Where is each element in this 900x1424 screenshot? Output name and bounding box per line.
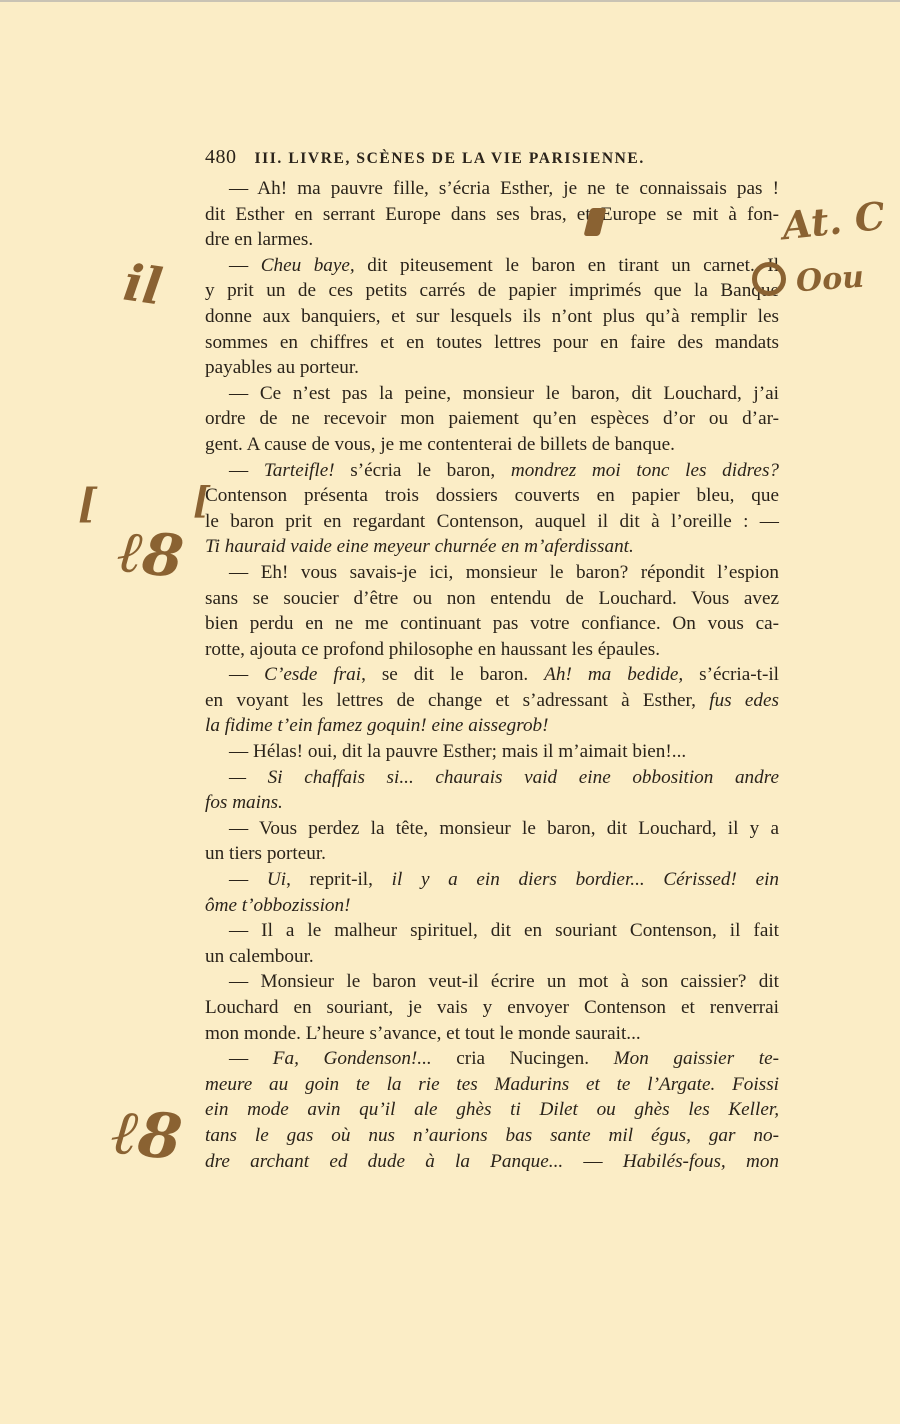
annotation-right-second: Oou (795, 260, 865, 300)
text-line: — Fa, Gondenson!... cria Nucingen. Mon g… (205, 1046, 779, 1072)
annotation-left-bracket-inner: [ (193, 480, 210, 522)
text-line: dre en larmes. (205, 227, 779, 253)
text-line: rotte, ajouta ce profond philosophe en h… (205, 637, 779, 663)
ink-circle-mark (752, 262, 786, 296)
text-line: le baron prit en regardant Contenson, au… (205, 509, 779, 535)
text-line: donne aux banquiers, et sur lesquels ils… (205, 304, 779, 330)
text-line: la fidime t’ein famez goquin! eine aisse… (205, 713, 779, 739)
page-text-block: 480 III. LIVRE, SCÈNES DE LA VIE PARISIE… (205, 146, 779, 1174)
text-line: Louchard en souriant, je vais y envoyer … (205, 995, 779, 1021)
text-line: — Cheu baye, dit piteusement le baron en… (205, 253, 779, 279)
italic-dialect-text: Fa, Gondenson!... (273, 1048, 432, 1069)
annotation-left-bracket-outer: [ (78, 480, 97, 527)
body-text: — Ah! ma pauvre fille, s’écria Esther, j… (205, 176, 779, 1174)
text-line: — Il a le malheur spirituel, dit en sour… (205, 918, 779, 944)
text-line: sans se soucier d’être ou non entendu de… (205, 586, 779, 612)
text-line: meure au goin te la rie tes Madurins et … (205, 1072, 779, 1098)
text-line: ordre de ne recevoir mon paiement qu’en … (205, 406, 779, 432)
text-line: y prit un de ces petits carrés de papier… (205, 278, 779, 304)
text-line: — C’esde frai, se dit le baron. Ah! ma b… (205, 662, 779, 688)
annotation-left-1: il (120, 253, 166, 317)
text-line: payables au porteur. (205, 355, 779, 381)
text-line: — Ah! ma pauvre fille, s’écria Esther, j… (205, 176, 779, 202)
text-line: — Tarteifle! s’écria le baron, mondrez m… (205, 458, 779, 484)
text-line: gent. A cause de vous, je me contenterai… (205, 432, 779, 458)
text-line: un calembour. (205, 944, 779, 970)
text-line: tans le gas où nus n’aurions bas sante m… (205, 1123, 779, 1149)
italic-dialect-text: il y a ein diers bordier... Cérissed! ei… (392, 869, 779, 890)
annotation-left-3: ℓ8 (108, 1095, 185, 1176)
text-line: dit Esther en serrant Europe dans ses br… (205, 202, 779, 228)
text-line: fos mains. (205, 790, 779, 816)
text-line: dre archant ed dude à la Panque... — Hab… (205, 1149, 779, 1175)
running-head: 480 III. LIVRE, SCÈNES DE LA VIE PARISIE… (205, 146, 779, 176)
text-line: sommes en chiffres et en toutes lettres … (205, 330, 779, 356)
italic-dialect-text: Ah! ma bedide, (544, 664, 683, 685)
text-line: ôme t’obbozission! (205, 893, 779, 919)
text-line: Ti hauraid vaide eine meyeur churnée en … (205, 534, 779, 560)
italic-dialect-text: fus edes (709, 690, 779, 711)
text-line: un tiers porteur. (205, 841, 779, 867)
text-line: — Ui, reprit-il, il y a ein diers bordie… (205, 867, 779, 893)
page-number: 480 (205, 146, 237, 169)
italic-dialect-text: C’esde frai (264, 664, 361, 685)
italic-dialect-text: Mon gaissier te- (614, 1048, 779, 1069)
text-line: — Si chaffais si... chaurais vaid eine o… (205, 765, 779, 791)
italic-dialect-text: Ui (267, 869, 286, 890)
page-top-edge (0, 0, 900, 2)
italic-dialect-text: mondrez moi tonc les didres? (511, 460, 779, 481)
italic-dialect-text: Tarteifle! (264, 460, 335, 481)
text-line: — Ce n’est pas la peine, monsieur le bar… (205, 381, 779, 407)
annotation-left-2: ℓ8 (115, 517, 187, 591)
text-line: bien perdu en ne me continuant pas votre… (205, 611, 779, 637)
text-line: — Eh! vous savais-je ici, monsieur le ba… (205, 560, 779, 586)
text-line: — Monsieur le baron veut-il écrire un mo… (205, 969, 779, 995)
text-line: Contenson présenta trois dossiers couver… (205, 483, 779, 509)
text-line: — Hélas! oui, dit la pauvre Esther; mais… (205, 739, 779, 765)
text-line: ein mode avin qu’il ale ghès ti Dilet ou… (205, 1097, 779, 1123)
text-line: mon monde. L’heure s’avance, et tout le … (205, 1021, 779, 1047)
text-line: — Vous perdez la tête, monsieur le baron… (205, 816, 779, 842)
italic-dialect-text: Cheu baye, (261, 255, 355, 276)
italic-dialect-text: Habilés-fous, mon (623, 1151, 779, 1172)
annotation-right-top: At. C (780, 193, 887, 249)
running-title: III. LIVRE, SCÈNES DE LA VIE PARISIENNE. (255, 150, 645, 168)
italic-dialect-text: dre archant ed dude à la Panque... (205, 1151, 563, 1172)
text-line: en voyant les lettres de change et s’adr… (205, 688, 779, 714)
